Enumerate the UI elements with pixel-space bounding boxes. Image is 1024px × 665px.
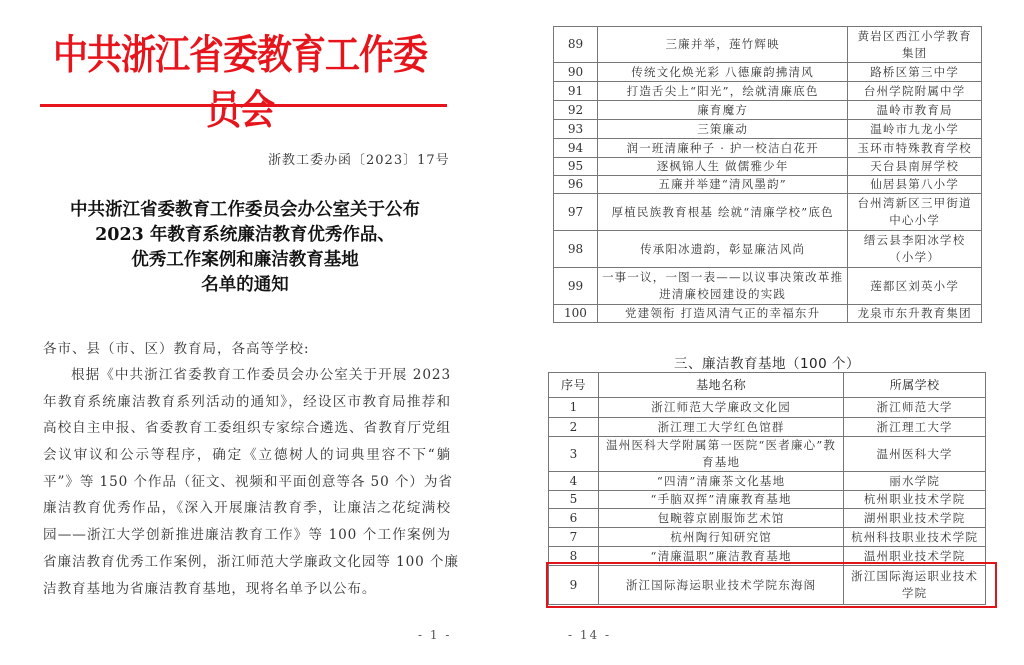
document-page-1: 中共浙江省委教育工作委员会 浙教工委办函〔2023〕17号 中共浙江省委教育工作… xyxy=(0,0,512,665)
base-name: 浙江理工大学红色馆群 xyxy=(598,418,843,437)
base-school: 浙江师范大学 xyxy=(844,398,986,418)
case-title: 三廉并举，莲竹辉映 xyxy=(597,27,847,63)
base-name: “四清”清廉茶文化基地 xyxy=(598,472,843,491)
table-row: 6 包畹蓉京剧服饰艺术馆 湖州职业技术学院 xyxy=(549,509,986,528)
section-heading: 三、廉洁教育基地（100 个） xyxy=(548,352,986,372)
table-row: 99 一事一议，一图一表——以议事决策改革推进清廉校园建设的实践 莲都区刘英小学 xyxy=(554,268,982,305)
base-name: 杭州陶行知研究馆 xyxy=(598,528,843,547)
row-number: 6 xyxy=(549,509,599,528)
case-unit: 温岭市教育局 xyxy=(848,101,982,120)
body-line: 廉洁教育优秀作品，《深入开展廉洁教育季，让廉洁之花绽满校 xyxy=(43,495,451,522)
case-unit: 台州学院附属中学 xyxy=(848,82,982,101)
table-row: 89 三廉并举，莲竹辉映 黄岩区西江小学教育集团 xyxy=(554,27,982,63)
base-name: 浙江师范大学廉政文化园 xyxy=(598,398,843,418)
case-title: 廉育魔方 xyxy=(597,101,847,120)
table-row: 3 温州医科大学附属第一医院“医者廉心”教育基地 温州医科大学 xyxy=(549,437,986,472)
base-school: 丽水学院 xyxy=(844,472,986,491)
base-school: 温州医科大学 xyxy=(844,437,986,472)
table-header-row: 序号 基地名称 所属学校 xyxy=(549,373,986,398)
case-unit: 玉环市特殊教育学校 xyxy=(848,139,982,158)
table-row: 94 润一班清廉种子 · 护一校洁白花开 玉环市特殊教育学校 xyxy=(554,139,982,158)
row-number: 91 xyxy=(554,82,598,101)
document-number: 浙教工委办函〔2023〕17号 xyxy=(268,149,450,168)
body-line: 平”》等 150 个作品（征文、视频和平面创意等各 50 个）为省 xyxy=(43,469,451,496)
case-unit: 缙云县李阳冰学校（小学） xyxy=(848,231,982,268)
row-number: 1 xyxy=(549,398,599,418)
table-row: 8 “清廉温职”廉洁教育基地 温州职业技术学院 xyxy=(549,547,986,566)
row-number: 97 xyxy=(554,194,598,231)
table-row-highlighted: 9 浙江国际海运职业技术学院东海阁 浙江国际海运职业技术学院 xyxy=(549,566,986,605)
row-number: 3 xyxy=(549,437,599,472)
body-paragraph: 根据《中共浙江省委教育工作委员会办公室关于开展 2023 年教育系统廉洁教育系列… xyxy=(43,362,451,602)
base-name: 包畹蓉京剧服饰艺术馆 xyxy=(598,509,843,528)
table-row: 100 党建领衔 打造风清气正的幸福东升 龙泉市东升教育集团 xyxy=(554,305,982,323)
table-row: 93 三策廉动 温岭市九龙小学 xyxy=(554,120,982,139)
table-row: 97 厚植民族教育根基 绘就“清廉学校”底色 台州湾新区三甲街道中心小学 xyxy=(554,194,982,231)
row-number: 93 xyxy=(554,120,598,139)
base-school: 浙江国际海运职业技术学院 xyxy=(844,566,986,605)
case-unit: 龙泉市东升教育集团 xyxy=(848,305,982,323)
row-number: 94 xyxy=(554,139,598,158)
page-number: - 14 - xyxy=(568,628,611,642)
case-title: 厚植民族教育根基 绘就“清廉学校”底色 xyxy=(597,194,847,231)
letterhead: 中共浙江省委教育工作委员会 xyxy=(40,28,440,138)
row-number: 7 xyxy=(549,528,599,547)
base-name: 温州医科大学附属第一医院“医者廉心”教育基地 xyxy=(598,437,843,472)
table-row: 5 “手脑双挥”清廉教育基地 杭州职业技术学院 xyxy=(549,491,986,509)
base-name: “清廉温职”廉洁教育基地 xyxy=(598,547,843,566)
case-unit: 台州湾新区三甲街道中心小学 xyxy=(848,194,982,231)
base-name: 浙江国际海运职业技术学院东海阁 xyxy=(598,566,843,605)
title-line: 名单的通知 xyxy=(30,273,460,298)
title-line: 2023 年教育系统廉洁教育优秀作品、 xyxy=(30,223,460,248)
base-name: “手脑双挥”清廉教育基地 xyxy=(598,491,843,509)
column-header: 所属学校 xyxy=(844,373,986,398)
case-title: 传统文化焕光彩 八德廉韵拂清风 xyxy=(597,63,847,82)
base-school: 湖州职业技术学院 xyxy=(844,509,986,528)
table-row: 96 五廉并举建“清风墨韵” 仙居县第八小学 xyxy=(554,176,982,194)
row-number: 99 xyxy=(554,268,598,305)
column-header: 序号 xyxy=(549,373,599,398)
table-row: 2 浙江理工大学红色馆群 浙江理工大学 xyxy=(549,418,986,437)
body-line: 园——浙江大学创新推进廉洁教育工作》等 100 个工作案例为 xyxy=(43,522,451,549)
case-unit: 仙居县第八小学 xyxy=(848,176,982,194)
table-row: 1 浙江师范大学廉政文化园 浙江师范大学 xyxy=(549,398,986,418)
row-number: 96 xyxy=(554,176,598,194)
case-title: 润一班清廉种子 · 护一校洁白花开 xyxy=(597,139,847,158)
row-number: 9 xyxy=(549,566,599,605)
page-number: - 1 - xyxy=(418,628,451,642)
row-number: 98 xyxy=(554,231,598,268)
title-line: 中共浙江省委教育工作委员会办公室关于公布 xyxy=(30,198,460,223)
table-row: 90 传统文化焕光彩 八德廉韵拂清风 路桥区第三中学 xyxy=(554,63,982,82)
base-school: 杭州科技职业技术学院 xyxy=(844,528,986,547)
red-divider-rule xyxy=(40,104,447,107)
row-number: 5 xyxy=(549,491,599,509)
case-unit: 黄岩区西江小学教育集团 xyxy=(848,27,982,63)
body-line: 高校自主申报、省委教育工委组织专家综合遴选、省教育厅党组 xyxy=(43,415,451,442)
base-school: 浙江理工大学 xyxy=(844,418,986,437)
cases-table: 89 三廉并举，莲竹辉映 黄岩区西江小学教育集团 90 传统文化焕光彩 八德廉韵… xyxy=(553,26,982,323)
document-title: 中共浙江省委教育工作委员会办公室关于公布 2023 年教育系统廉洁教育优秀作品、… xyxy=(30,198,460,298)
row-number: 89 xyxy=(554,27,598,63)
table-row: 4 “四清”清廉茶文化基地 丽水学院 xyxy=(549,472,986,491)
case-unit: 莲都区刘英小学 xyxy=(848,268,982,305)
body-line: 年教育系统廉洁教育系列活动的通知》，经设区市教育局推荐和 xyxy=(43,389,451,416)
title-line: 优秀工作案例和廉洁教育基地 xyxy=(30,248,460,273)
case-title: 三策廉动 xyxy=(597,120,847,139)
salutation: 各市、县（市、区）教育局，各高等学校: xyxy=(43,337,310,357)
base-school: 杭州职业技术学院 xyxy=(844,491,986,509)
table-row: 7 杭州陶行知研究馆 杭州科技职业技术学院 xyxy=(549,528,986,547)
case-title: 一事一议，一图一表——以议事决策改革推进清廉校园建设的实践 xyxy=(597,268,847,305)
case-title: 逐枫锦人生 做儒雅少年 xyxy=(597,158,847,176)
case-unit: 路桥区第三中学 xyxy=(848,63,982,82)
bases-table: 序号 基地名称 所属学校 1 浙江师范大学廉政文化园 浙江师范大学 2 浙江理工… xyxy=(548,372,986,605)
table-row: 91 打造舌尖上“阳光”，绘就清廉底色 台州学院附属中学 xyxy=(554,82,982,101)
case-title: 党建领衔 打造风清气正的幸福东升 xyxy=(597,305,847,323)
case-title: 传承阳冰遗韵，彰显廉洁风尚 xyxy=(597,231,847,268)
table-row: 92 廉育魔方 温岭市教育局 xyxy=(554,101,982,120)
body-line: 省廉洁教育优秀工作案例，浙江师范大学廉政文化园等 100 个廉 xyxy=(43,549,451,576)
row-number: 90 xyxy=(554,63,598,82)
table-row: 98 传承阳冰遗韵，彰显廉洁风尚 缙云县李阳冰学校（小学） xyxy=(554,231,982,268)
column-header: 基地名称 xyxy=(598,373,843,398)
row-number: 95 xyxy=(554,158,598,176)
case-title: 五廉并举建“清风墨韵” xyxy=(597,176,847,194)
case-unit: 温岭市九龙小学 xyxy=(848,120,982,139)
base-school: 温州职业技术学院 xyxy=(844,547,986,566)
row-number: 4 xyxy=(549,472,599,491)
table-row: 95 逐枫锦人生 做儒雅少年 天台县南屏学校 xyxy=(554,158,982,176)
case-unit: 天台县南屏学校 xyxy=(848,158,982,176)
row-number: 8 xyxy=(549,547,599,566)
row-number: 2 xyxy=(549,418,599,437)
body-line: 洁教育基地为省廉洁教育基地，现将名单予以公布。 xyxy=(43,576,451,603)
body-line: 根据《中共浙江省委教育工作委员会办公室关于开展 2023 xyxy=(43,362,451,389)
row-number: 92 xyxy=(554,101,598,120)
body-line: 会议审议和公示等程序，确定《立德树人的词典里容不下“躺 xyxy=(43,442,451,469)
row-number: 100 xyxy=(554,305,598,323)
case-title: 打造舌尖上“阳光”，绘就清廉底色 xyxy=(597,82,847,101)
